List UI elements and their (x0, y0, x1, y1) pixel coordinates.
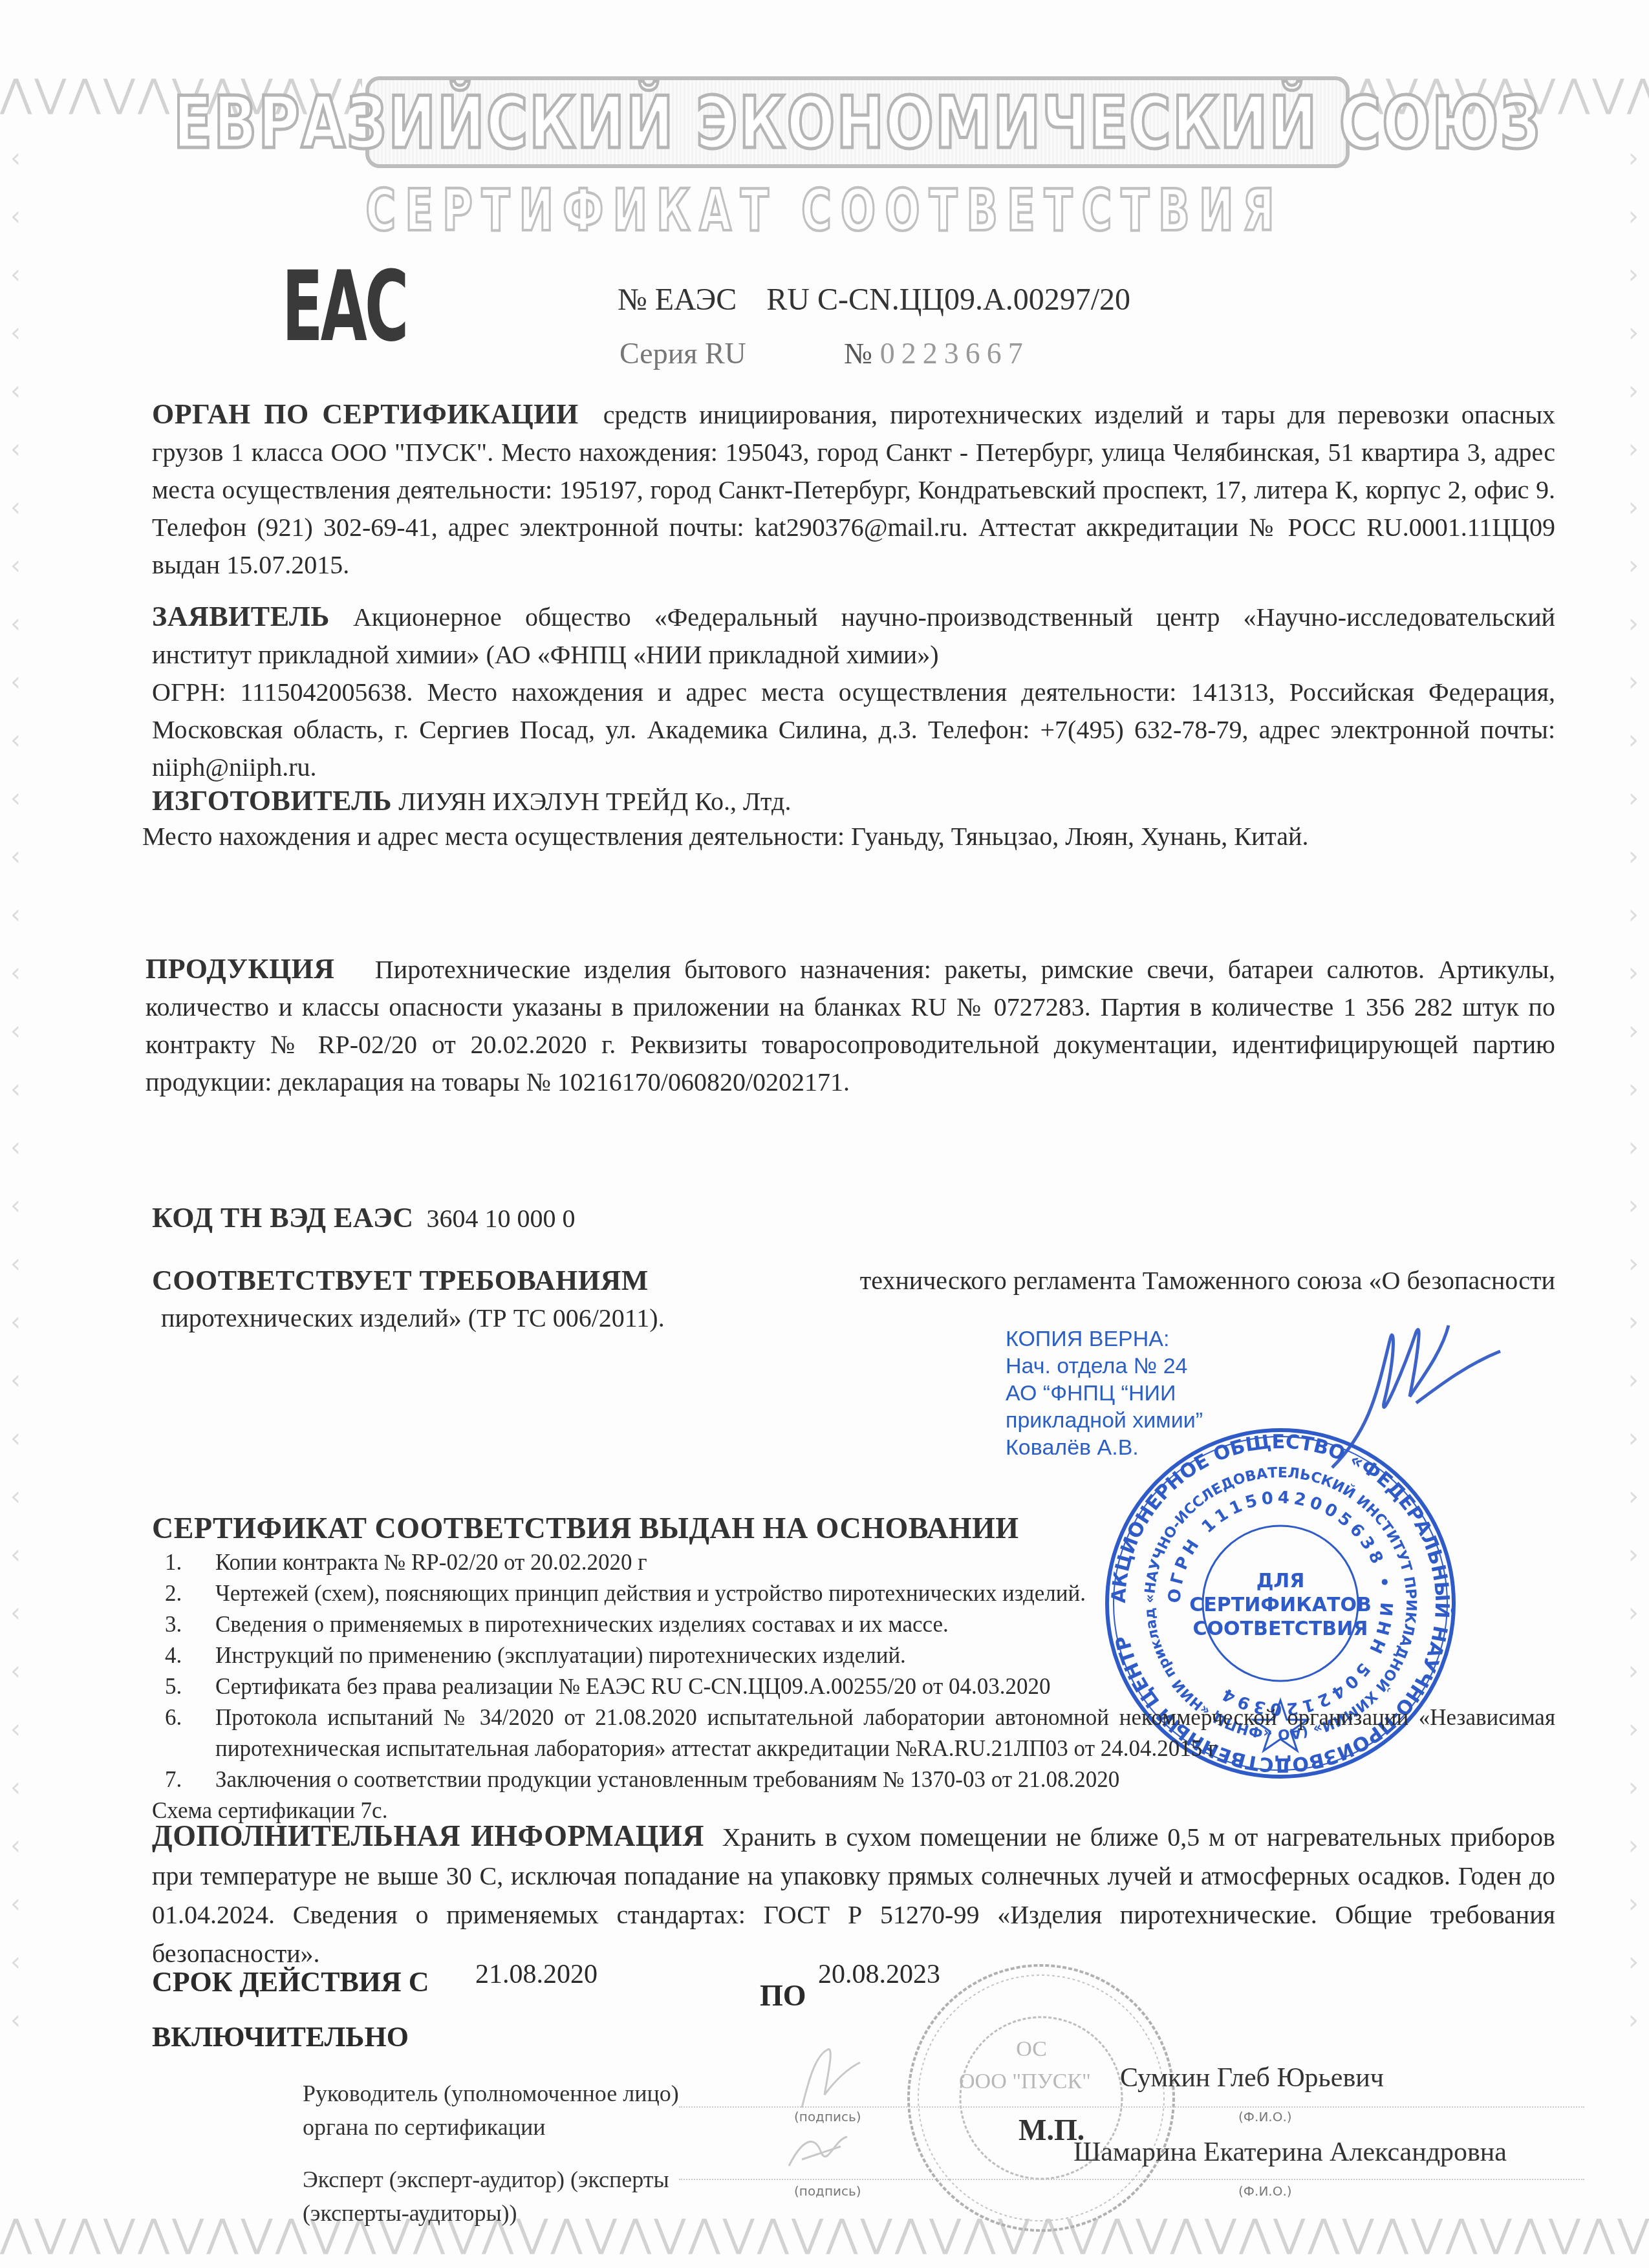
union-banner-text: ЕВРАЗИЙСКИЙ ЭКОНОМИЧЕСКИЙ СОЮЗ (173, 81, 1542, 164)
series-number-prefix: № (844, 337, 872, 370)
head-signatory-label: Руководитель (уполномоченное лицо) орган… (303, 2077, 691, 2144)
svg-text:ОС: ОС (1016, 2037, 1047, 2061)
basis-item: 2.Чертежей (схем), поясняющих принцип де… (152, 1578, 1555, 1609)
head-signature-icon (789, 2043, 867, 2114)
applicant-details: ОГРН: 1115042005638. Место нахождения и … (152, 674, 1555, 786)
additional-info-section: ДОПОЛНИТЕЛЬНАЯ ИНФОРМАЦИЯ Хранить в сухо… (152, 1817, 1555, 1973)
basis-item: 1.Копии контракта № RP-02/20 от 20.02.20… (152, 1547, 1555, 1578)
basis-item: 4.Инструкций по применению (эксплуатации… (152, 1640, 1555, 1671)
head-name: Сумкин Глеб Юрьевич (1120, 2062, 1384, 2093)
basis-item-text: Инструкций по применению (эксплуатации) … (215, 1640, 1555, 1671)
copy-note-line: Нач. отдела № 24 (1006, 1353, 1203, 1380)
basis-item: 5.Сертификата без права реализации № ЕАЭ… (152, 1671, 1555, 1702)
tn-ved-code: 3604 10 000 0 (427, 1204, 576, 1233)
basis-label: СЕРТИФИКАТ СООТВЕТСТВИЯ ВЫДАН НА ОСНОВАН… (152, 1510, 1555, 1547)
product-label: ПРОДУКЦИЯ (145, 953, 335, 985)
series-number-value: 0223667 (880, 337, 1029, 370)
basis-section: СЕРТИФИКАТ СООТВЕТСТВИЯ ВЫДАН НА ОСНОВАН… (152, 1510, 1555, 1826)
applicant-name: Акционерное общество «Федеральный научно… (152, 603, 1555, 669)
series-label: Серия RU (620, 337, 746, 370)
validity-from-label: СРОК ДЕЙСТВИЯ С (152, 1966, 429, 1998)
basis-item-text: Копии контракта № RP-02/20 от 20.02.2020… (215, 1547, 1555, 1578)
basis-item-number: 7. (152, 1764, 215, 1795)
basis-item-number: 2. (152, 1578, 215, 1609)
additional-info-label: ДОПОЛНИТЕЛЬНАЯ ИНФОРМАЦИЯ (152, 1819, 704, 1852)
border-pattern-bottom: ⋀⋁⋀⋁⋀⋁⋀⋁⋀⋁⋀⋁⋀⋁⋀⋁⋀⋁⋀⋁⋀⋁⋀⋁⋀⋁⋀⋁⋀⋁⋀⋁⋀⋁⋀⋁⋀⋁⋀⋁… (0, 2211, 1649, 2256)
basis-item: 6.Протокола испытаний № 34/2020 от 21.08… (152, 1702, 1555, 1764)
union-banner: ЕВРАЗИЙСКИЙ ЭКОНОМИЧЕСКИЙ СОЮЗ (365, 76, 1350, 168)
validity-inclusive-label: ВКЛЮЧИТЕЛЬНО (152, 2020, 409, 2053)
series-number: Серия RU № 0223667 (620, 336, 1029, 370)
manufacturer-name: ЛИУЯН ИХЭЛУН ТРЕЙД Ко., Лтд. (398, 787, 791, 816)
manufacturer-section: ИЗГОТОВИТЕЛЬ ЛИУЯН ИХЭЛУН ТРЕЙД Ко., Лтд… (152, 782, 1555, 820)
basis-item-text: Заключения о соответствии продукции уста… (215, 1764, 1555, 1795)
basis-item-text: Сведения о применяемых в пиротехнических… (215, 1609, 1555, 1640)
expert-signatory-label: Эксперт (эксперт-аудитор) (эксперты (экс… (303, 2163, 704, 2230)
conformity-label: СООТВЕТСТВУЕТ ТРЕБОВАНИЯМ (152, 1262, 649, 1300)
copy-note-line: КОПИЯ ВЕРНА: (1006, 1325, 1203, 1353)
basis-item-text: Чертежей (схем), поясняющих принцип дейс… (215, 1578, 1555, 1609)
tn-ved-label: КОД ТН ВЭД ЕАЭС (152, 1202, 414, 1234)
manufacturer-address: Место нахождения и адрес места осуществл… (142, 818, 1546, 855)
product-text: Пиротехнические изделия бытового назначе… (145, 955, 1555, 1097)
basis-item: 7.Заключения о соответствии продукции ус… (152, 1764, 1555, 1795)
copy-note-line: АО “ФНПЦ “НИИ (1006, 1380, 1203, 1407)
eac-logo-icon: EAC (282, 251, 407, 363)
validity-from-date: 21.08.2020 (475, 1959, 598, 1990)
expert-fio-caption: (Ф.И.О.) (1238, 2183, 1292, 2199)
applicant-label: ЗАЯВИТЕЛЬ (152, 601, 330, 632)
basis-item-number: 3. (152, 1609, 215, 1640)
product-section: ПРОДУКЦИЯ Пиротехнические изделия бытово… (145, 950, 1555, 1101)
expert-signature-line (679, 2179, 1584, 2180)
tn-ved-section: КОД ТН ВЭД ЕАЭС 3604 10 000 0 (152, 1199, 1555, 1237)
certification-body-label: ОРГАН ПО СЕРТИФИКАЦИИ (152, 398, 579, 430)
basis-item-number: 4. (152, 1640, 215, 1671)
border-pattern-left: ‹‹‹‹‹‹‹‹‹‹‹‹‹‹‹‹‹‹‹‹‹‹‹‹‹‹‹‹‹‹‹‹‹ (3, 129, 28, 2139)
expert-signature-caption: (подпись) (794, 2183, 861, 2199)
document-title: СЕРТИФИКАТ СООТВЕТСТВИЯ (0, 178, 1649, 245)
basis-list: 1.Копии контракта № RP-02/20 от 20.02.20… (152, 1547, 1555, 1795)
basis-item-number: 5. (152, 1671, 215, 1702)
border-pattern-right: ››››››››››››››››››››››››››››››››› (1621, 129, 1646, 2139)
expert-name: Шамарина Екатерина Александровна (1073, 2137, 1507, 2168)
certificate-number-value: RU C-CN.ЦЦ09.А.00297/20 (766, 283, 1130, 317)
expert-signature-icon (782, 2127, 860, 2179)
grey-round-stamp-icon: ОС ООО "ПУСК" (902, 1959, 1180, 2237)
certificate-number: № ЕАЭС RU C-CN.ЦЦ09.А.00297/20 (618, 282, 1130, 317)
validity-to-label: ПО (760, 1978, 806, 2013)
basis-item-text: Сертификата без права реализации № ЕАЭС … (215, 1671, 1555, 1702)
certification-body-section: ОРГАН ПО СЕРТИФИКАЦИИ средств инициирова… (152, 396, 1555, 584)
conformity-text-1: технического регламента Таможенного союз… (860, 1262, 1555, 1300)
basis-item-text: Протокола испытаний № 34/2020 от 21.08.2… (215, 1702, 1555, 1764)
manufacturer-label: ИЗГОТОВИТЕЛЬ (152, 785, 392, 817)
certificate-number-prefix: № ЕАЭС (618, 283, 737, 317)
basis-item-number: 1. (152, 1547, 215, 1578)
basis-item: 3.Сведения о применяемых в пиротехническ… (152, 1609, 1555, 1640)
applicant-section: ЗАЯВИТЕЛЬ Акционерное общество «Федераль… (152, 598, 1555, 786)
validity-label: СРОК ДЕЙСТВИЯ С (152, 1965, 429, 1998)
basis-item-number: 6. (152, 1702, 215, 1764)
svg-text:ООО "ПУСК": ООО "ПУСК" (959, 2070, 1091, 2093)
head-fio-caption: (Ф.И.О.) (1238, 2109, 1292, 2124)
